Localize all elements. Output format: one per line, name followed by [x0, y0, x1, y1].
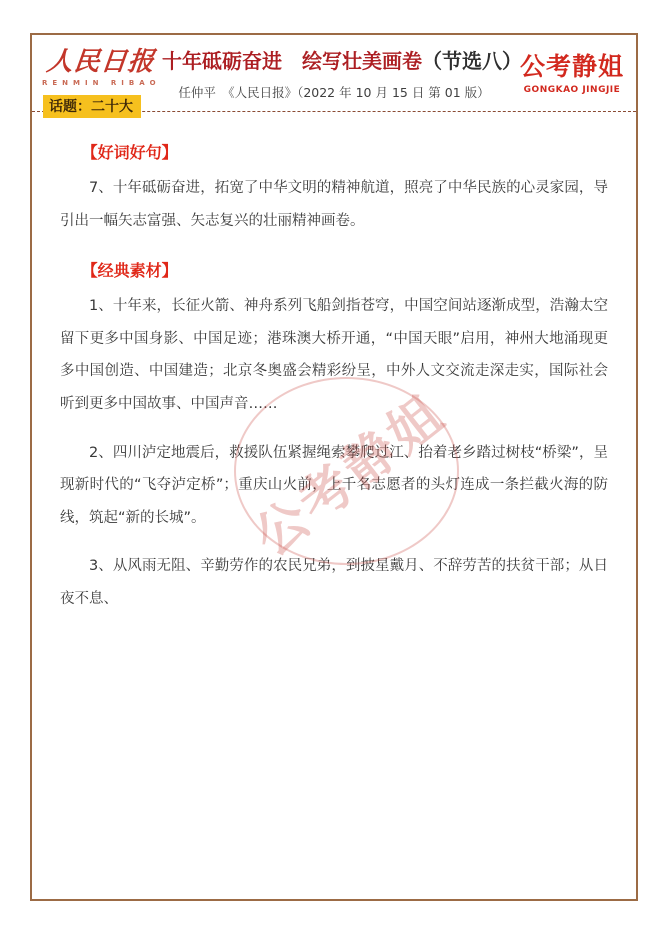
newspaper-logo: 人民日报 RENMIN RIBAO 话题：二十大: [42, 41, 160, 87]
paragraph: 7、十年砥砺奋进，拓宽了中华文明的精神航道，照亮了中华民族的心灵家园，导引出一幅…: [60, 172, 608, 237]
page-title-suffix: （节选八）: [422, 49, 522, 73]
page-title-main: 十年砥砺奋进 绘写壮美画卷: [162, 49, 422, 73]
brand-romanized: GONGKAO JINGJIE: [520, 85, 624, 95]
section-heading: 【好词好句】: [82, 142, 608, 164]
section-classic-material: 【经典素材】 1、十年来，长征火箭、神舟系列飞船剑指苍穹，中国空间站逐渐成型，浩…: [60, 260, 608, 616]
page-title: 十年砥砺奋进 绘写壮美画卷（节选八）: [162, 45, 506, 74]
paragraph: 2、四川泸定地震后，救援队伍紧握绳索攀爬过江、抬着老乡踏过树枝“桥梁”，呈现新时…: [60, 437, 608, 535]
brand-name: 公考静姐: [520, 47, 624, 83]
title-block: 十年砥砺奋进 绘写壮美画卷（节选八） 任仲平 《人民日报》（2022 年 10 …: [162, 45, 506, 101]
source-subtitle: 任仲平 《人民日报》（2022 年 10 月 15 日 第 01 版）: [162, 83, 506, 101]
paragraph: 1、十年来，长征火箭、神舟系列飞船剑指苍穹，中国空间站逐渐成型，浩瀚太空留下更多…: [60, 290, 608, 421]
document-body: 【好词好句】 7、十年砥砺奋进，拓宽了中华文明的精神航道，照亮了中华民族的心灵家…: [32, 112, 636, 616]
newspaper-logo-romanized: RENMIN RIBAO: [42, 79, 160, 87]
document-sheet: 人民日报 RENMIN RIBAO 话题：二十大 十年砥砺奋进 绘写壮美画卷（节…: [30, 33, 638, 901]
page-header: 人民日报 RENMIN RIBAO 话题：二十大 十年砥砺奋进 绘写壮美画卷（节…: [32, 35, 636, 112]
paragraph: 3、从风雨无阻、辛勤劳作的农民兄弟，到披星戴月、不辞劳苦的扶贫干部；从日夜不息、: [60, 550, 608, 615]
section-heading: 【经典素材】: [82, 260, 608, 282]
brand-logo: 公考静姐 GONGKAO JINGJIE: [520, 47, 624, 95]
section-good-phrases: 【好词好句】 7、十年砥砺奋进，拓宽了中华文明的精神航道，照亮了中华民族的心灵家…: [60, 142, 608, 238]
newspaper-logo-text: 人民日报: [40, 41, 162, 78]
